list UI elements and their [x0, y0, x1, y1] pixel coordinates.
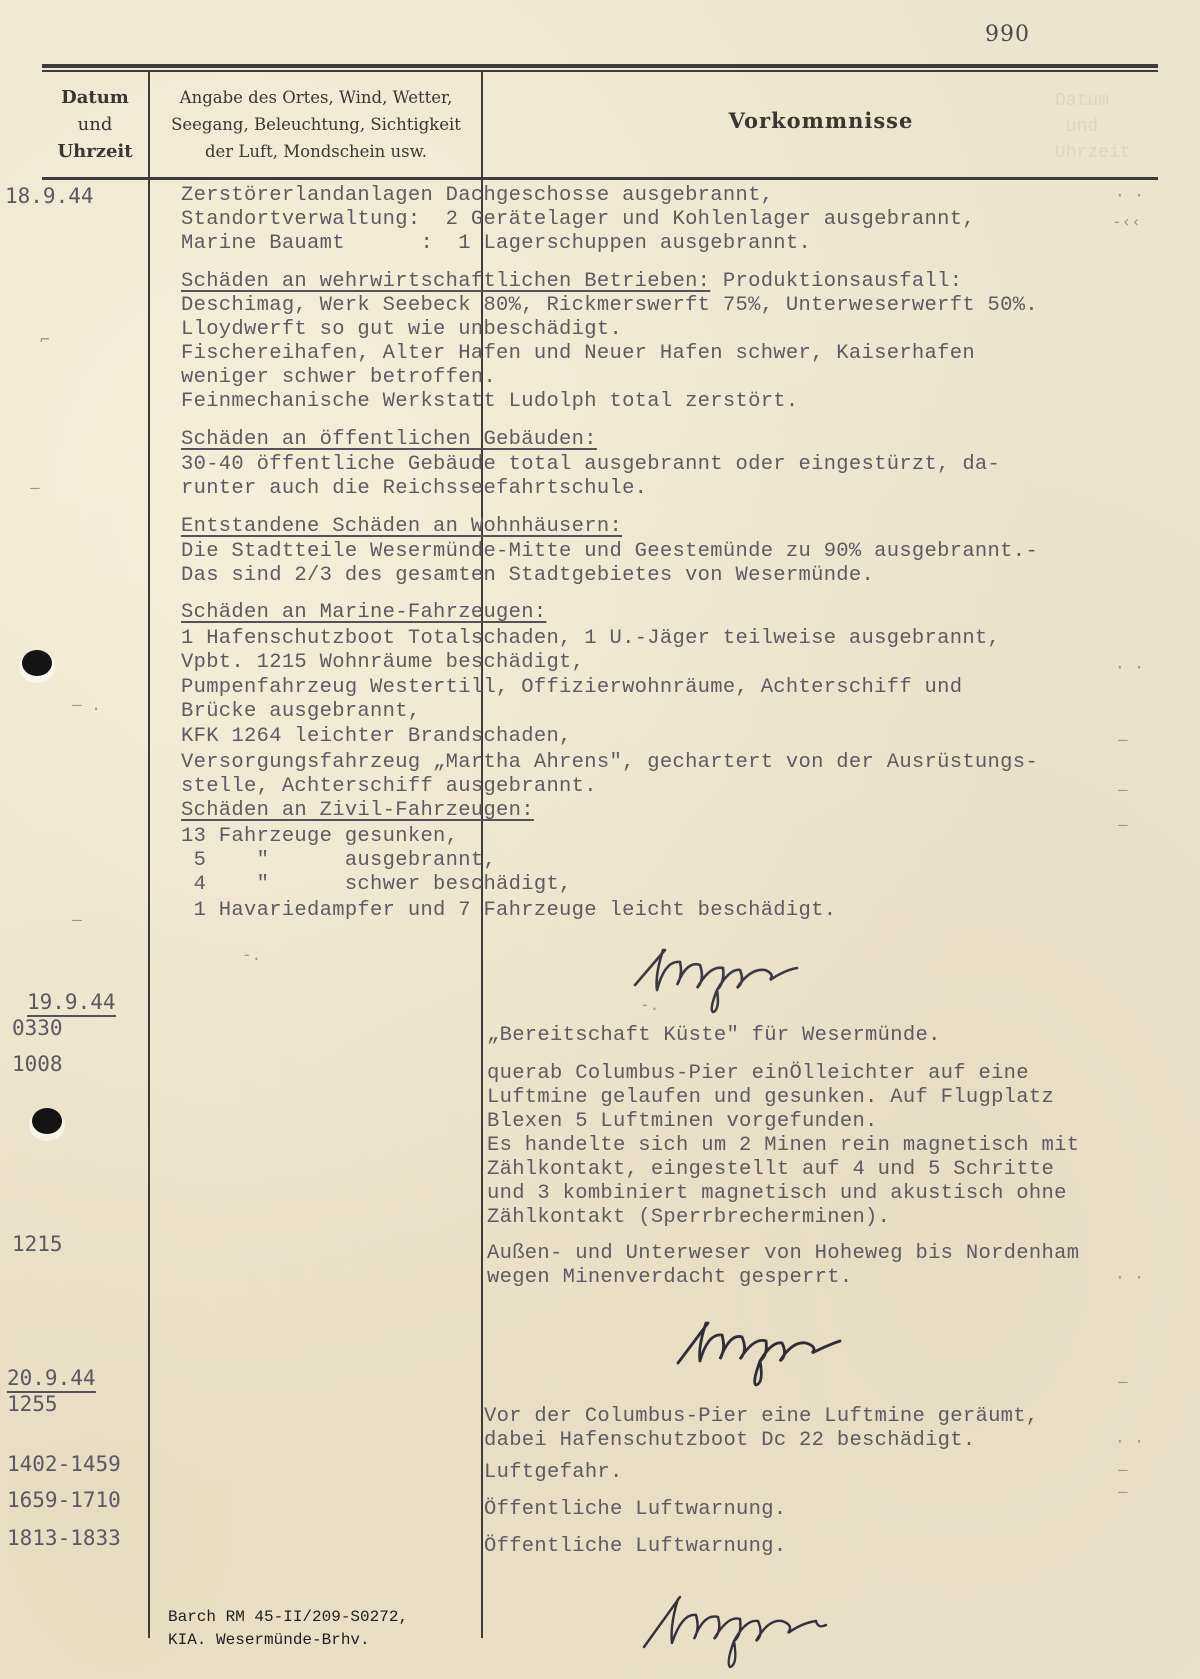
entry-line: wegen Minenverdacht gesperrt. — [487, 1266, 852, 1290]
entry-line: Fischereihafen, Alter Hafen und Neuer Ha… — [181, 342, 975, 366]
section-heading-wehr: Schäden an wehrwirtschaftlichen Betriebe… — [181, 270, 962, 294]
header-datum: Datum und Uhrzeit — [42, 84, 148, 165]
right-margin-mark: · · — [1115, 186, 1144, 205]
right-margin-mark: – — [1118, 1460, 1128, 1479]
entry-time: 1402-1459 — [7, 1452, 121, 1476]
margin-mark: – . — [72, 695, 101, 714]
section-heading: Schäden an wehrwirtschaftlichen Betriebe… — [181, 270, 710, 293]
entry-line: Feinmechanische Werkstatt Ludolph total … — [181, 390, 799, 414]
entry-line: Außen- und Unterweser von Hoheweg bis No… — [487, 1242, 1079, 1266]
entry-time: 1215 — [12, 1232, 63, 1256]
header-bottom-rule — [42, 177, 1158, 180]
archive-line: Barch RM 45-II/209-S0272, — [168, 1606, 408, 1629]
margin-mark: – — [72, 910, 82, 929]
entry-line: Standortverwaltung: 2 Gerätelager und Ko… — [181, 208, 975, 232]
top-rule-thick — [42, 64, 1158, 68]
section-heading: Entstandene Schäden an Wohnhäusern: — [181, 515, 622, 539]
punch-hole — [32, 1108, 62, 1134]
entry-line: querab Columbus-Pier einÖlleichter auf e… — [487, 1062, 1029, 1086]
entry-date: 19.9.44 — [27, 990, 116, 1017]
entry-line: Brücke ausgebrannt, — [181, 700, 420, 724]
entry-line: Pumpenfahrzeug Westertill, Offizierwohnr… — [181, 676, 962, 700]
column-divider-1 — [148, 70, 150, 1638]
entry-line: Das sind 2/3 des gesamten Stadtgebietes … — [181, 564, 874, 588]
entry-line: Zählkontakt (Sperrbrecherminen). — [487, 1206, 890, 1230]
page-number: 990 — [985, 22, 1030, 47]
section-heading: Schäden an öffentlichen Gebäuden: — [181, 428, 597, 452]
entry-line: 4 " schwer beschädigt, — [181, 873, 572, 897]
entry-line: und 3 kombiniert magnetisch und akustisc… — [487, 1182, 1067, 1206]
entry-line: Es handelte sich um 2 Minen rein magneti… — [487, 1134, 1079, 1158]
entry-line: Zählkontakt, eingestellt auf 4 und 5 Sch… — [487, 1158, 1054, 1182]
section-heading: Schäden an Zivil-Fahrzeugen: — [181, 799, 534, 823]
entry-line: Öffentliche Luftwarnung. — [484, 1535, 786, 1559]
entry-line: 30-40 öffentliche Gebäude total ausgebra… — [181, 453, 1000, 477]
right-margin-mark: – — [1118, 1482, 1128, 1501]
entry-line: Versorgungsfahrzeug „Martha Ahrens", gec… — [181, 751, 1038, 775]
section-heading-tail: Produktionsausfall: — [710, 270, 962, 293]
top-rule-thin — [42, 70, 1158, 72]
entry-line: Luftmine gelaufen und gesunken. Auf Flug… — [487, 1086, 1054, 1110]
entry-time: 0330 — [12, 1016, 63, 1040]
entry-line: stelle, Achterschiff ausgebrannt. — [181, 775, 597, 799]
right-margin-mark: – — [1118, 730, 1128, 749]
right-margin-mark: -‹‹ — [1112, 212, 1141, 231]
right-margin-mark: · · — [1115, 1268, 1144, 1287]
archive-reference: Barch RM 45-II/209-S0272,KIA. Wesermünde… — [168, 1606, 408, 1652]
entry-time: 1008 — [12, 1052, 63, 1076]
right-margin-mark: – — [1118, 1372, 1128, 1391]
dash-mark: -. — [242, 945, 261, 964]
entry-line: Zerstörerlandanlagen Dachgeschosse ausge… — [181, 184, 773, 208]
header-angabe-line: Angabe des Ortes, Wind, Wetter, — [150, 84, 482, 111]
entry-line: Vpbt. 1215 Wohnräume beschädigt, — [181, 651, 584, 675]
entry-line: Blexen 5 Luftminen vorgefunden. — [487, 1110, 878, 1134]
entry-line: Deschimag, Werk Seebeck 80%, Rickmerswer… — [181, 294, 1038, 318]
archive-line: KIA. Wesermünde-Brhv. — [168, 1629, 408, 1652]
header-datum-line: Datum — [42, 84, 148, 111]
right-margin-mark: · · — [1115, 1432, 1144, 1451]
signature-3 — [640, 1585, 900, 1675]
header-angabe: Angabe des Ortes, Wind, Wetter, Seegang,… — [150, 84, 482, 165]
header-datum-line: Uhrzeit — [42, 138, 148, 165]
entry-line: Öffentliche Luftwarnung. — [484, 1498, 786, 1522]
entry-line: „Bereitschaft Küste" für Wesermünde. — [487, 1024, 941, 1048]
entry-line: 1 Hafenschutzboot Totalschaden, 1 U.-Jäg… — [181, 627, 1000, 651]
entry-line: 13 Fahrzeuge gesunken, — [181, 825, 458, 849]
right-margin-mark: – — [1118, 780, 1128, 799]
right-margin-mark: – — [1118, 815, 1128, 834]
entry-time: 1659-1710 — [7, 1488, 121, 1512]
bleed-through-text: Datum und Uhrzeit — [1055, 88, 1131, 166]
header-angabe-line: Seegang, Beleuchtung, Sichtigkeit — [150, 111, 482, 138]
entry-line: Lloydwerft so gut wie unbeschädigt. — [181, 318, 622, 342]
entry-date: 20.9.44 — [7, 1366, 96, 1393]
entry-line: Vor der Columbus-Pier eine Luftmine gerä… — [484, 1405, 1039, 1429]
entry-line: 5 " ausgebrannt, — [181, 849, 496, 873]
entry-line: dabei Hafenschutzboot Dc 22 beschädigt. — [484, 1429, 975, 1453]
entry-line: KFK 1264 leichter Brandschaden, — [181, 725, 572, 749]
section-heading: Schäden an Marine-Fahrzeugen: — [181, 601, 546, 625]
entry-line: weniger schwer betroffen. — [181, 366, 496, 390]
margin-mark: ⌐ — [40, 330, 50, 349]
entry-time: 1255 — [7, 1392, 58, 1416]
entry-time: 1813-1833 — [7, 1526, 121, 1550]
entry-line: runter auch die Reichsseefahrtschule. — [181, 477, 647, 501]
signature-1 — [625, 930, 865, 1020]
signature-2 — [670, 1305, 910, 1395]
right-margin-mark: · · — [1115, 658, 1144, 677]
entry-line: 1 Havariedampfer und 7 Fahrzeuge leicht … — [181, 899, 836, 923]
punch-hole — [22, 650, 52, 676]
header-datum-line: und — [42, 111, 148, 138]
entry-line: Luftgefahr. — [484, 1461, 623, 1485]
entry-line: Die Stadtteile Wesermünde-Mitte und Gees… — [181, 540, 1038, 564]
entry-line: Marine Bauamt : 1 Lagerschuppen ausgebra… — [181, 232, 811, 256]
entry-date: 18.9.44 — [5, 184, 94, 208]
dash-mark: -. — [640, 995, 659, 1014]
margin-mark: – — [30, 478, 40, 497]
header-angabe-line: der Luft, Mondschein usw. — [150, 138, 482, 165]
